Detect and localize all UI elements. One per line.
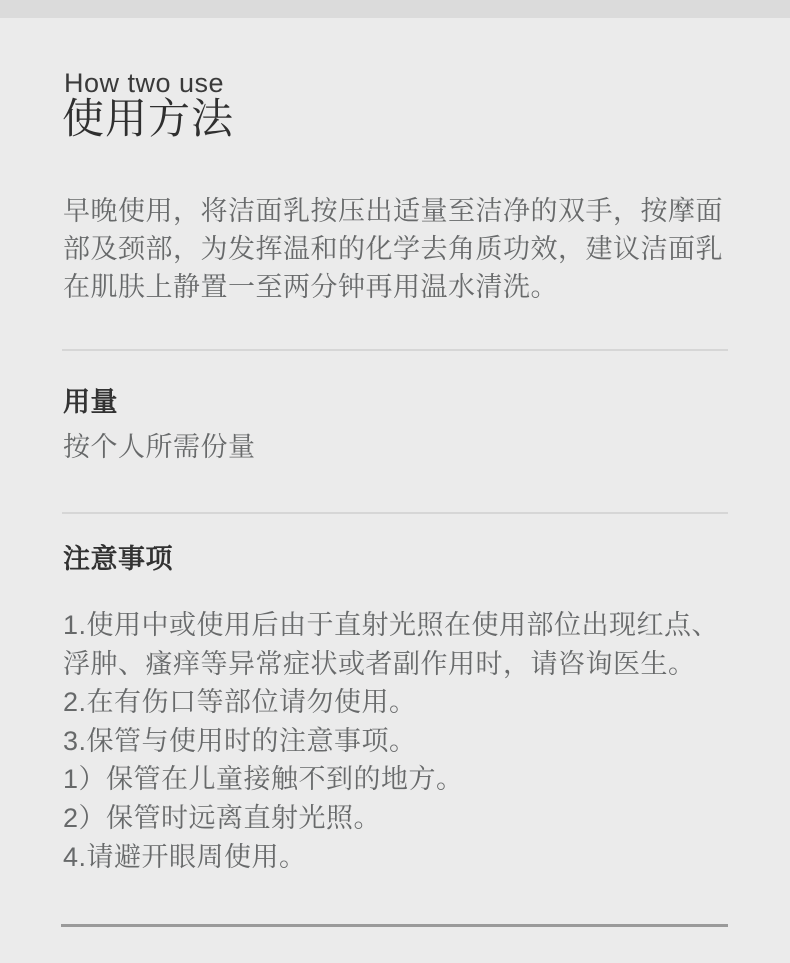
footer-divider [61, 924, 728, 927]
precautions-heading: 注意事项 [63, 543, 173, 576]
precautions-list: 1.使用中或使用后由于直射光照在使用部位出现红点、 浮肿、瘙痒等异常症状或者副作… [63, 606, 753, 876]
dosage-text: 按个人所需份量 [63, 430, 256, 464]
top-strip [0, 0, 790, 18]
intro-paragraph: 早晚使用，将洁面乳按压出适量至洁净的双手，按摩面 部及颈部，为发挥温和的化学去角… [63, 192, 743, 306]
intro-line: 部及颈部，为发挥温和的化学去角质功效，建议洁面乳 [63, 230, 743, 268]
precaution-line: 1）保管在儿童接触不到的地方。 [63, 760, 753, 799]
precaution-line: 浮肿、瘙痒等异常症状或者副作用时，请咨询医生。 [63, 645, 753, 684]
section-divider [62, 349, 728, 351]
product-usage-page: How two use 使用方法 早晚使用，将洁面乳按压出适量至洁净的双手，按摩… [0, 0, 790, 963]
precaution-line: 4.请避开眼周使用。 [63, 838, 753, 877]
precaution-line: 1.使用中或使用后由于直射光照在使用部位出现红点、 [63, 606, 753, 645]
dosage-heading: 用量 [63, 386, 118, 419]
precaution-line: 3.保管与使用时的注意事项。 [63, 722, 753, 761]
intro-line: 早晚使用，将洁面乳按压出适量至洁净的双手，按摩面 [63, 192, 743, 230]
page-title: 使用方法 [62, 93, 234, 145]
section-divider [62, 512, 728, 514]
intro-line: 在肌肤上静置一至两分钟再用温水清洗。 [63, 268, 743, 306]
precaution-line: 2）保管时远离直射光照。 [63, 799, 753, 838]
precaution-line: 2.在有伤口等部位请勿使用。 [63, 683, 753, 722]
